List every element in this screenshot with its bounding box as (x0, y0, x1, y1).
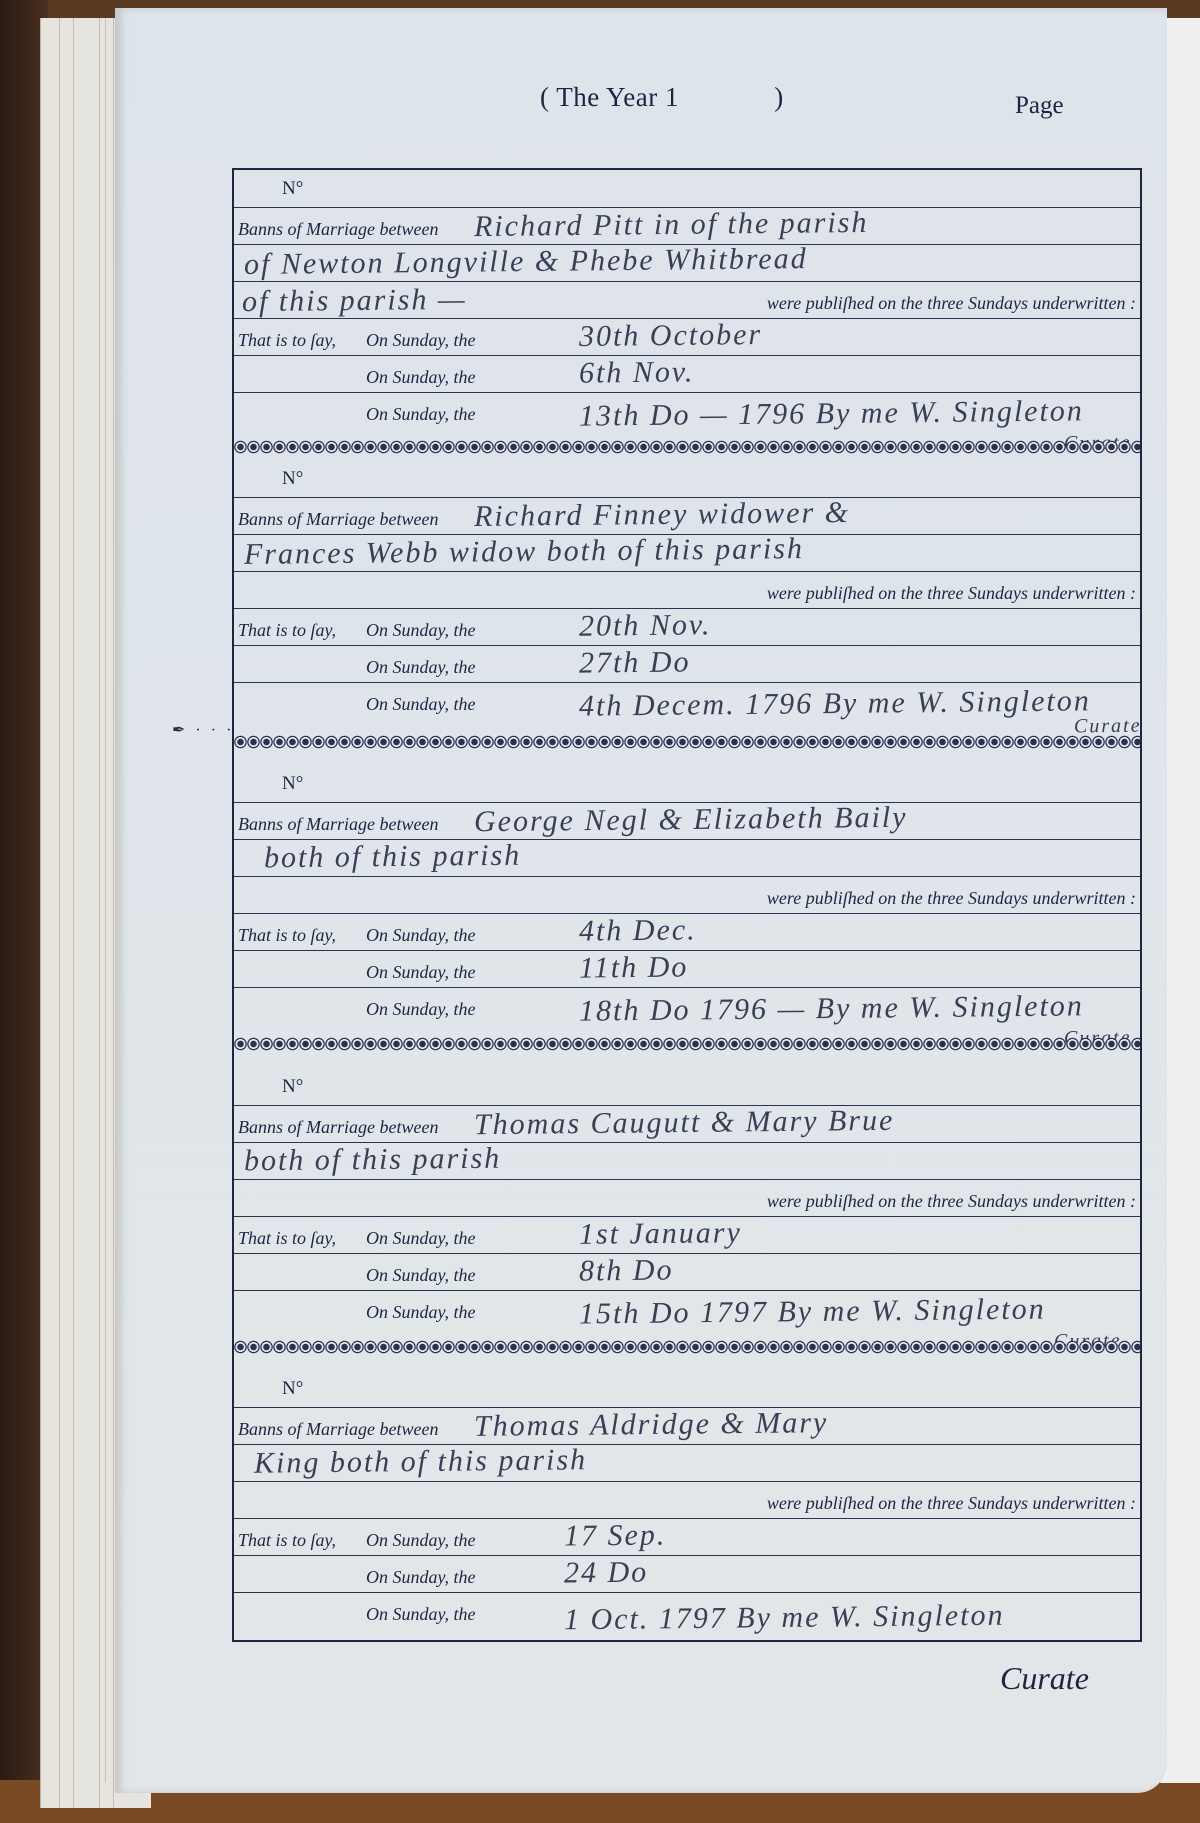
banns-label: Banns of Marriage between (238, 509, 438, 530)
banns-row: Banns of Marriage between Thomas Caugutt… (234, 1105, 1140, 1143)
that-is-label: That is to ſay, (238, 330, 336, 351)
curate-signature: Curate (1000, 1660, 1089, 1697)
sunday-row-2: On Sunday, the 24 Do (234, 1555, 1140, 1593)
banns-entry: N° Banns of Marriage between Thomas Aldr… (234, 1370, 1140, 1640)
names-line-3: of this parish — (242, 283, 467, 319)
that-is-label: That is to ſay, (238, 925, 336, 946)
entry-number-row: N° (234, 1068, 1140, 1106)
on-sunday-label: On Sunday, the (366, 1302, 476, 1323)
banns-label: Banns of Marriage between (238, 219, 438, 240)
sunday-date-2: 6th Nov. (579, 355, 695, 390)
page-edge-line (99, 18, 100, 1808)
names-line-2: Frances Webb widow both of this parish (244, 532, 804, 572)
sunday-date-1: 20th Nov. (579, 608, 712, 643)
sunday-row-3: On Sunday, the 18th Do 1796 — By me W. S… (234, 987, 1140, 1024)
names-line-1: Richard Finney widower & (474, 496, 850, 534)
banns-row: Banns of Marriage between Richard Pitt i… (234, 207, 1140, 245)
sunday-date-3-signature: 1 Oct. 1797 By me W. Singleton (564, 1599, 1005, 1638)
year-value: 1 (665, 82, 679, 112)
on-sunday-label: On Sunday, the (366, 1228, 476, 1249)
that-is-label: That is to ſay, (238, 620, 336, 641)
that-is-label: That is to ſay, (238, 1228, 336, 1249)
banns-row: Banns of Marriage between Richard Finney… (234, 497, 1140, 535)
sunday-date-1: 17 Sep. (564, 1518, 667, 1553)
names-line-2: King both of this parish (254, 1443, 587, 1480)
names-row: of Newton Longville & Phebe Whitbread (234, 244, 1140, 282)
on-sunday-label: On Sunday, the (366, 1530, 476, 1551)
on-sunday-label: On Sunday, the (366, 404, 476, 425)
sunday-row-1: That is to ſay, On Sunday, the 17 Sep. (234, 1518, 1140, 1556)
sunday-date-1: 1st January (579, 1216, 742, 1252)
published-row: were publiſhed on the three Sundays unde… (234, 571, 1140, 609)
year-heading: ( The Year 1 ) (540, 82, 784, 113)
on-sunday-label: On Sunday, the (366, 620, 476, 641)
on-sunday-label: On Sunday, the (366, 367, 476, 388)
year-label: The Year (556, 82, 657, 112)
entry-number-row: N° (234, 765, 1140, 803)
on-sunday-label: On Sunday, the (366, 999, 476, 1020)
published-label: were publiſhed on the three Sundays unde… (767, 583, 1136, 604)
sunday-date-1: 30th October (579, 318, 762, 354)
entry-number-label: N° (282, 1076, 303, 1098)
published-row: of this parish — were publiſhed on the t… (234, 281, 1140, 319)
sunday-date-2: 24 Do (564, 1556, 649, 1591)
sunday-date-2: 8th Do (579, 1254, 674, 1289)
banns-label: Banns of Marriage between (238, 1117, 438, 1138)
entry-number-row: N° (234, 460, 1140, 498)
that-is-label: That is to ſay, (238, 1530, 336, 1551)
entry-number-label: N° (282, 1378, 303, 1400)
sunday-row-3: On Sunday, the 13th Do — 1796 By me W. S… (234, 392, 1140, 429)
ornamental-divider (234, 735, 1140, 749)
on-sunday-label: On Sunday, the (366, 1567, 476, 1588)
page-fold-line (105, 18, 106, 1783)
sunday-date-3-signature: 15th Do 1797 By me W. Singleton (579, 1293, 1046, 1332)
published-label: were publiſhed on the three Sundays unde… (767, 1493, 1136, 1514)
sunday-row-2: On Sunday, the 11th Do (234, 950, 1140, 988)
banns-register-table: N° Banns of Marriage between Richard Pit… (232, 168, 1142, 1642)
names-line-2: both of this parish (244, 1142, 502, 1179)
paren-open: ( (540, 82, 550, 112)
banns-entry: N° Banns of Marriage between Thomas Caug… (234, 1068, 1140, 1370)
names-line-2: of Newton Longville & Phebe Whitbread (244, 242, 808, 282)
entry-number-row: N° (234, 170, 1140, 208)
banns-entry: N° Banns of Marriage between Richard Fin… (234, 460, 1140, 762)
banns-label: Banns of Marriage between (238, 1419, 438, 1440)
on-sunday-label: On Sunday, the (366, 962, 476, 983)
banns-entry: N° Banns of Marriage between George Negl… (234, 765, 1140, 1067)
sunday-date-2: 27th Do (579, 645, 691, 680)
banns-label: Banns of Marriage between (238, 814, 438, 835)
sunday-row-3: On Sunday, the 15th Do 1797 By me W. Sin… (234, 1290, 1140, 1327)
names-row: both of this parish (234, 839, 1140, 877)
sunday-date-3-signature: 13th Do — 1796 By me W. Singleton (579, 394, 1084, 433)
on-sunday-label: On Sunday, the (366, 1265, 476, 1286)
names-line-1: Richard Pitt in of the parish (474, 206, 869, 244)
sunday-date-2: 11th Do (579, 950, 689, 985)
sunday-row-3: On Sunday, the 1 Oct. 1797 By me W. Sing… (234, 1592, 1140, 1629)
on-sunday-label: On Sunday, the (366, 925, 476, 946)
names-row: both of this parish (234, 1142, 1140, 1180)
on-sunday-label: On Sunday, the (366, 330, 476, 351)
banns-entry: N° Banns of Marriage between Richard Pit… (234, 170, 1140, 472)
published-row: were publiſhed on the three Sundays unde… (234, 1481, 1140, 1519)
published-row: were publiſhed on the three Sundays unde… (234, 1179, 1140, 1217)
page-edge-line (113, 18, 114, 1808)
ornamental-divider (234, 440, 1140, 454)
paren-close: ) (774, 82, 784, 112)
ornamental-divider (234, 1340, 1140, 1354)
names-row: King both of this parish (234, 1444, 1140, 1482)
sunday-date-3-signature: 18th Do 1796 — By me W. Singleton (579, 989, 1084, 1028)
sunday-row-1: That is to ſay, On Sunday, the 4th Dec. (234, 913, 1140, 951)
sunday-row-1: That is to ſay, On Sunday, the 1st Janua… (234, 1216, 1140, 1254)
names-line-1: Thomas Aldridge & Mary (474, 1406, 829, 1444)
sunday-row-1: That is to ſay, On Sunday, the 30th Octo… (234, 318, 1140, 356)
page-edge-line (73, 18, 74, 1808)
page-edge-line (59, 18, 60, 1808)
entry-number-row: N° (234, 1370, 1140, 1408)
sunday-row-2: On Sunday, the 27th Do (234, 645, 1140, 683)
names-line-1: Thomas Caugutt & Mary Brue (474, 1104, 895, 1142)
published-row: were publiſhed on the three Sundays unde… (234, 876, 1140, 914)
sunday-row-2: On Sunday, the 6th Nov. (234, 355, 1140, 393)
margin-ink-mark: ✒ · · · (172, 720, 234, 740)
published-label: were publiſhed on the three Sundays unde… (767, 1191, 1136, 1212)
page-label: Page (1015, 92, 1064, 120)
names-row: Frances Webb widow both of this parish (234, 534, 1140, 572)
sunday-date-1: 4th Dec. (579, 913, 697, 948)
on-sunday-label: On Sunday, the (366, 694, 476, 715)
sunday-row-1: That is to ſay, On Sunday, the 20th Nov. (234, 608, 1140, 646)
on-sunday-label: On Sunday, the (366, 657, 476, 678)
names-line-2: both of this parish (264, 839, 522, 876)
published-label: were publiſhed on the three Sundays unde… (767, 293, 1136, 314)
sunday-row-2: On Sunday, the 8th Do (234, 1253, 1140, 1291)
names-line-1: George Negl & Elizabeth Baily (474, 801, 908, 840)
on-sunday-label: On Sunday, the (366, 1604, 476, 1625)
entry-number-label: N° (282, 178, 303, 200)
ornamental-divider (234, 1037, 1140, 1051)
entry-number-label: N° (282, 468, 303, 490)
banns-row: Banns of Marriage between George Negl & … (234, 802, 1140, 840)
published-label: were publiſhed on the three Sundays unde… (767, 888, 1136, 909)
sunday-date-3-signature: 4th Decem. 1796 By me W. Singleton (579, 684, 1091, 723)
sunday-row-3: On Sunday, the 4th Decem. 1796 By me W. … (234, 682, 1140, 719)
entry-number-label: N° (282, 773, 303, 795)
banns-row: Banns of Marriage between Thomas Aldridg… (234, 1407, 1140, 1445)
